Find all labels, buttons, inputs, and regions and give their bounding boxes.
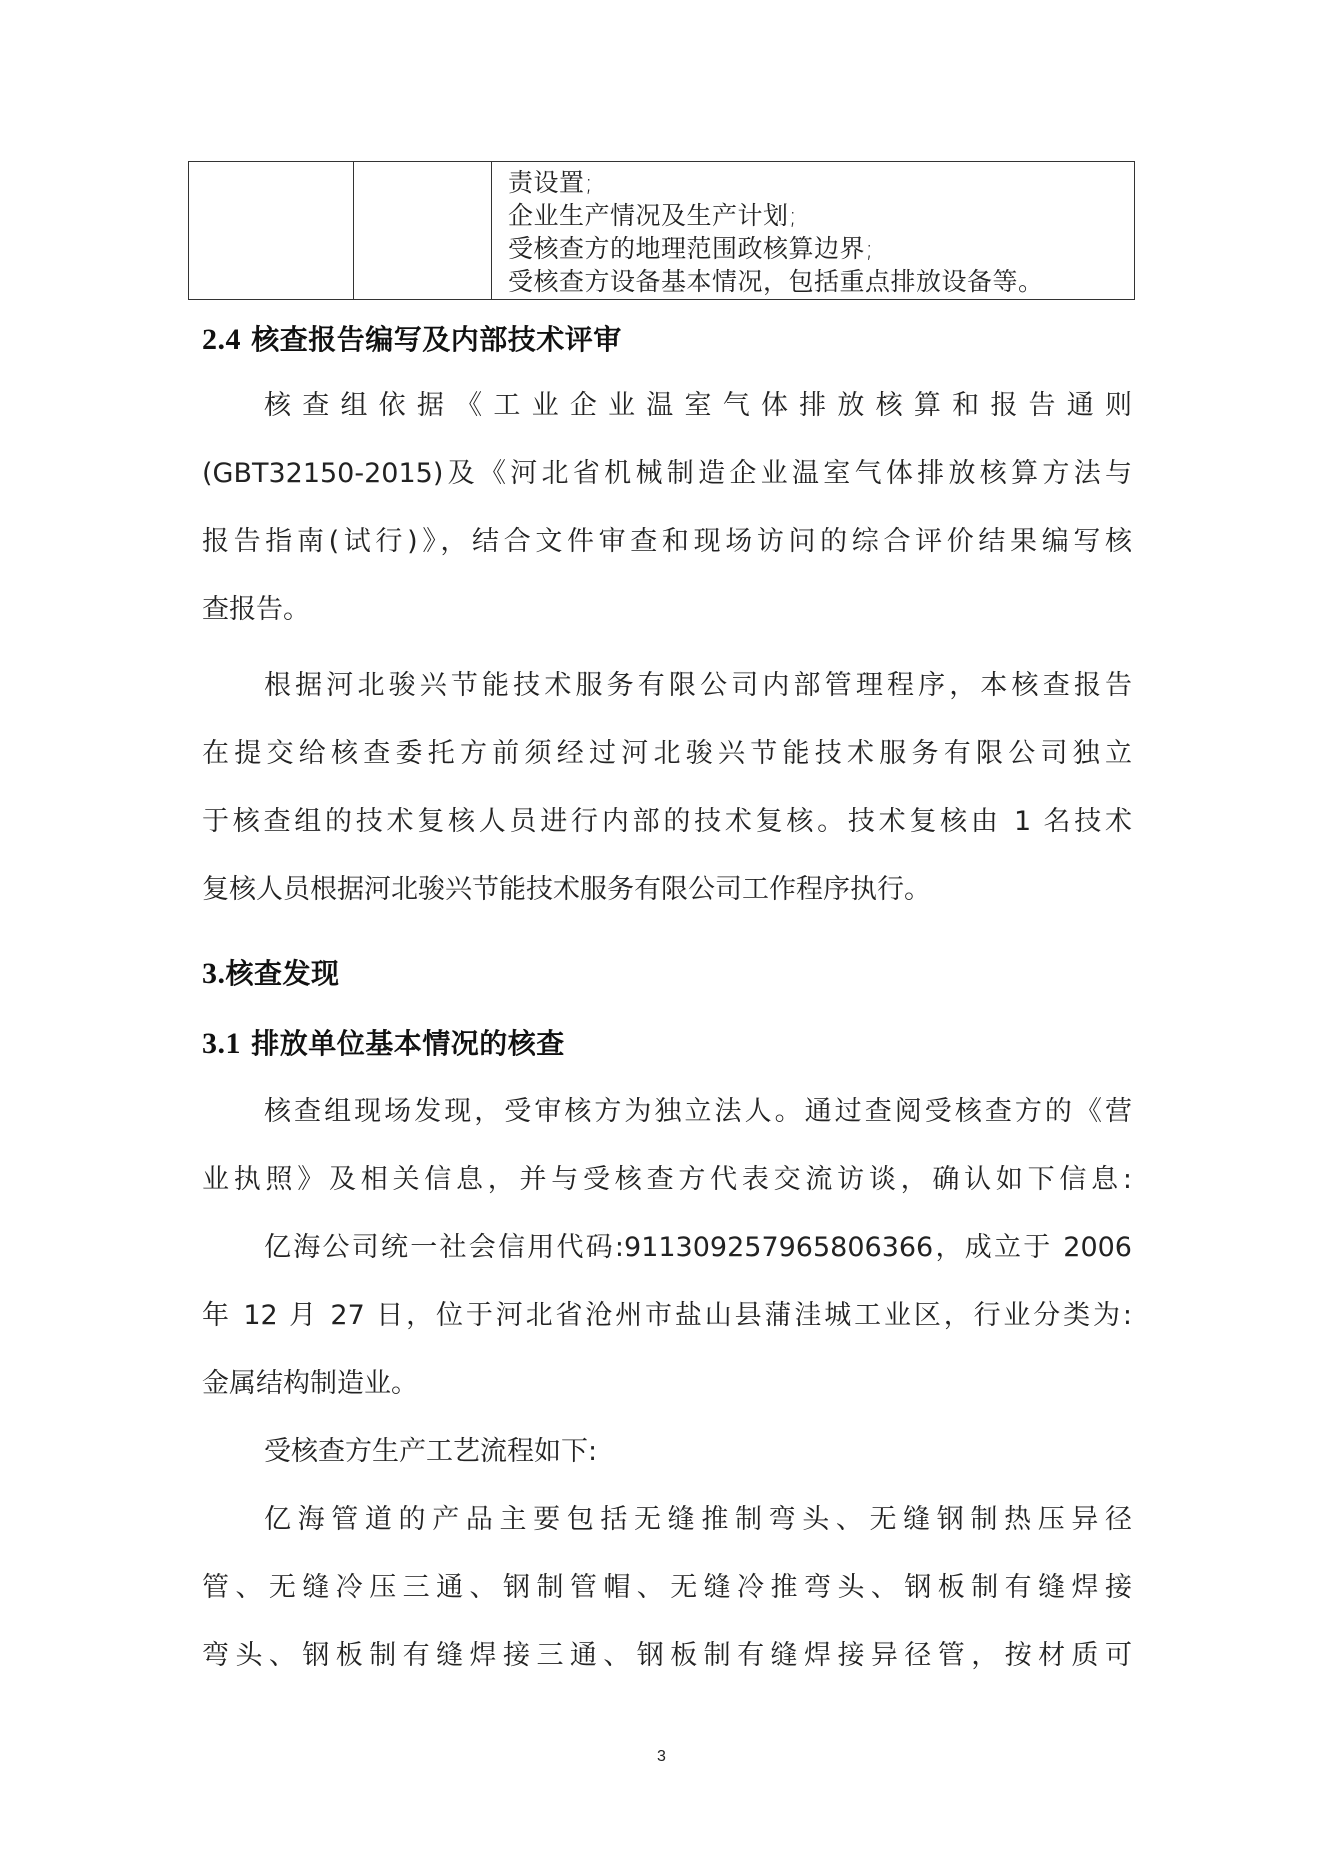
text-line: 报告指南(试行)》，结合文件审查和现场访问的综合评价结果编写核 (202, 508, 1132, 576)
section-heading-3: 3.核查发现 (202, 952, 1132, 992)
paragraph: 核查组现场发现，受审核方为独立法人。通过查阅受核查方的《营 业执照》及相关信息，… (202, 1078, 1132, 1214)
text-line: 查报告。 (202, 576, 1132, 644)
text-line: 根据河北骏兴节能技术服务有限公司内部管理程序，本核查报告 (202, 652, 1132, 720)
section-number: 3. (202, 957, 226, 990)
section-title: 核查发现 (226, 957, 340, 990)
text-line: 管、无缝冷压三通、钢制管帽、无缝冷推弯头、钢板制有缝焊接 (202, 1554, 1132, 1622)
cell-line: 企业生产情况及生产计划; (508, 199, 1134, 232)
table-cell-content: 责设置; 企业生产情况及生产计划; 受核查方的地理范围政核算边界; 受核查方设备… (492, 162, 1135, 300)
paragraph: 根据河北骏兴节能技术服务有限公司内部管理程序，本核查报告 在提交给核查委托方前须… (202, 652, 1132, 924)
cell-line: 受核查方的地理范围政核算边界; (508, 232, 1134, 265)
section-title: 核查报告编写及内部技术评审 (251, 323, 622, 356)
section-title: 排放单位基本情况的核查 (251, 1027, 565, 1060)
table-cell-empty-1 (189, 162, 354, 300)
text-line: 受核查方生产工艺流程如下: (202, 1418, 1132, 1486)
document-page: 责设置; 企业生产情况及生产计划; 受核查方的地理范围政核算边界; 受核查方设备… (0, 0, 1323, 1871)
table-cell-empty-2 (354, 162, 492, 300)
table-row: 责设置; 企业生产情况及生产计划; 受核查方的地理范围政核算边界; 受核查方设备… (189, 162, 1135, 300)
paragraph: 亿海公司统一社会信用代码:911309257965806366，成立于 2006… (202, 1214, 1132, 1418)
text-line: 年 12 月 27 日，位于河北省沧州市盐山县蒲洼城工业区，行业分类为: (202, 1282, 1132, 1350)
text-line: 在提交给核查委托方前须经过河北骏兴节能技术服务有限公司独立 (202, 720, 1132, 788)
page-number: 3 (0, 1748, 1323, 1766)
text-line: 复核人员根据河北骏兴节能技术服务有限公司工作程序执行。 (202, 856, 1132, 924)
text-line: 于核查组的技术复核人员进行内部的技术复核。技术复核由 1 名技术 (202, 788, 1132, 856)
text-line: 亿海管道的产品主要包括无缝推制弯头、无缝钢制热压异径 (202, 1486, 1132, 1554)
paragraph: 受核查方生产工艺流程如下: (202, 1418, 1132, 1486)
text-line: 金属结构制造业。 (202, 1350, 1132, 1418)
section-number: 2.4 (202, 323, 241, 356)
text-line: (GBT32150-2015)及《河北省机械制造企业温室气体排放核算方法与 (202, 440, 1132, 508)
section-number: 3.1 (202, 1027, 241, 1060)
paragraph: 亿海管道的产品主要包括无缝推制弯头、无缝钢制热压异径 管、无缝冷压三通、钢制管帽… (202, 1486, 1132, 1690)
text-line: 亿海公司统一社会信用代码:911309257965806366，成立于 2006 (202, 1214, 1132, 1282)
text-line: 弯头、钢板制有缝焊接三通、钢板制有缝焊接异径管，按材质可 (202, 1622, 1132, 1690)
text-line: 核查组依据《工业企业温室气体排放核算和报告通则 (202, 372, 1132, 440)
text-line: 核查组现场发现，受审核方为独立法人。通过查阅受核查方的《营 (202, 1078, 1132, 1146)
cell-line: 受核查方设备基本情况，包括重点排放设备等。 (508, 265, 1134, 298)
continued-table: 责设置; 企业生产情况及生产计划; 受核查方的地理范围政核算边界; 受核查方设备… (188, 161, 1135, 300)
section-heading-2-4: 2.4 核查报告编写及内部技术评审 (202, 318, 1132, 358)
cell-line: 责设置; (508, 166, 1134, 199)
paragraph: 核查组依据《工业企业温室气体排放核算和报告通则 (GBT32150-2015)及… (202, 372, 1132, 644)
text-line: 业执照》及相关信息，并与受核查方代表交流访谈，确认如下信息: (202, 1146, 1132, 1214)
section-heading-3-1: 3.1 排放单位基本情况的核查 (202, 1022, 1132, 1062)
